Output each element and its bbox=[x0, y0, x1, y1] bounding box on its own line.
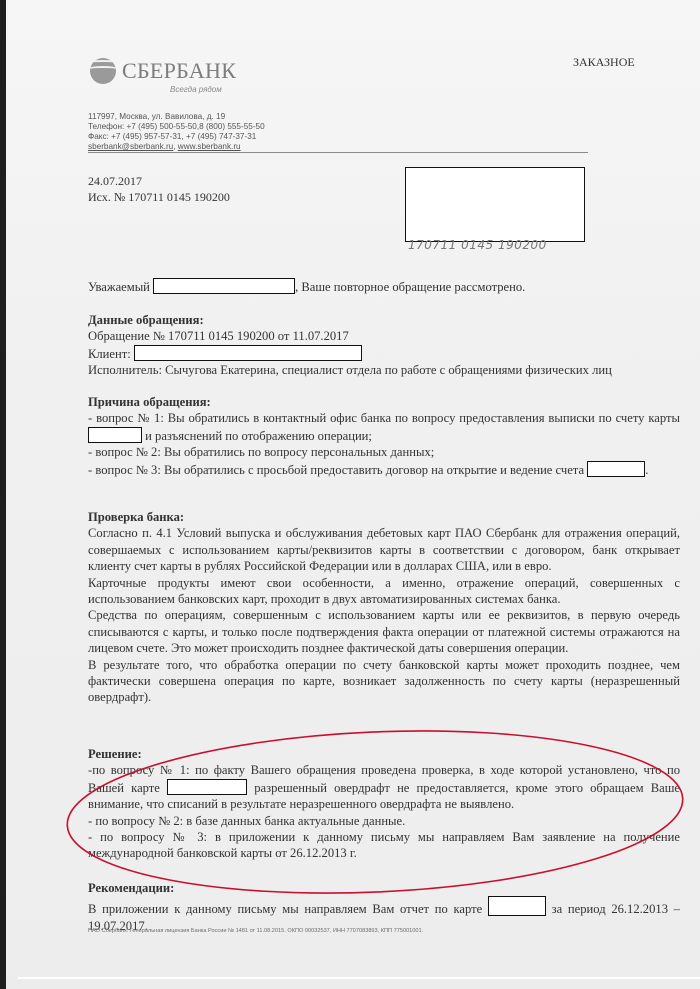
legal-footer: ПАО Сбербанк. Генеральная лицензия Банка… bbox=[88, 928, 423, 934]
web-contacts: sberbank@sberbank.ru, www.sberbank.ru bbox=[88, 142, 265, 152]
section-heading: Решение: bbox=[88, 746, 680, 762]
request-line: Обращение № 170711 0145 190200 от 11.07.… bbox=[88, 328, 680, 344]
document-date: 24.07.2017 bbox=[88, 173, 230, 189]
section-bank-check: Проверка банка: Согласно п. 4.1 Условий … bbox=[88, 509, 680, 706]
sberbank-logo: СБЕРБАНК bbox=[90, 58, 236, 84]
section-request-data: Данные обращения: Обращение № 170711 014… bbox=[88, 312, 680, 379]
section-heading: Проверка банка: bbox=[88, 509, 680, 525]
recipient-address-redacted bbox=[405, 167, 585, 242]
section-recommendations: Рекомендации: В приложении к данному пис… bbox=[88, 880, 680, 934]
executor-line: Исполнитель: Сычугова Екатерина, специал… bbox=[88, 362, 680, 378]
reason-q3: - вопрос № 3: Вы обратились с просьбой п… bbox=[88, 461, 680, 478]
greeting: Уважаемый , Ваше повторное обращение рас… bbox=[88, 278, 680, 295]
sberbank-logo-icon bbox=[90, 58, 116, 84]
fax: Факс: +7 (495) 957-57-31, +7 (495) 747-3… bbox=[88, 132, 265, 142]
section-heading: Данные обращения: bbox=[88, 312, 680, 328]
contacts-block: 117997, Москва, ул. Вавилова, д. 19 Теле… bbox=[88, 112, 265, 152]
redacted-client bbox=[134, 345, 362, 361]
solution-a1: -по вопросу № 1: по факту Вашего обращен… bbox=[88, 762, 680, 812]
document-meta: 24.07.2017 Исх. № 170711 0145 190200 bbox=[88, 173, 230, 205]
section-heading: Рекомендации: bbox=[88, 880, 680, 896]
registered-mail-label: ЗАКАЗНОЕ bbox=[573, 55, 635, 70]
redacted-card bbox=[488, 896, 546, 916]
check-paragraph: Карточные продукты имеют свои особенност… bbox=[88, 575, 680, 608]
solution-a2: - по вопросу № 2: в базе данных банка ак… bbox=[88, 813, 680, 829]
slogan: Всегда рядом bbox=[170, 85, 222, 94]
redacted-name bbox=[153, 278, 295, 294]
redacted-account bbox=[587, 461, 645, 477]
header-rule bbox=[88, 152, 588, 153]
redacted-card bbox=[88, 427, 142, 443]
page-bottom-edge bbox=[18, 977, 700, 979]
section-reason: Причина обращения: - вопрос № 1: Вы обра… bbox=[88, 394, 680, 478]
handwritten-number: 170711 0145 190200 bbox=[408, 238, 547, 252]
bank-name: СБЕРБАНК bbox=[122, 58, 236, 84]
redacted-card bbox=[167, 779, 247, 795]
phone: Телефон: +7 (495) 500-55-50,8 (800) 555-… bbox=[88, 122, 265, 132]
outgoing-number: Исх. № 170711 0145 190200 bbox=[88, 189, 230, 205]
check-paragraph: Средства по операциям, совершенным с исп… bbox=[88, 607, 680, 656]
solution-a3: - по вопросу № 3: в приложении к данному… bbox=[88, 829, 680, 862]
check-paragraph: В результате того, что обработка операци… bbox=[88, 657, 680, 706]
check-paragraph: Согласно п. 4.1 Условий выпуска и обслуж… bbox=[88, 525, 680, 574]
email-link[interactable]: sberbank@sberbank.ru bbox=[88, 142, 173, 151]
reason-q2: - вопрос № 2: Вы обратились по вопросу п… bbox=[88, 444, 680, 460]
reason-q1: - вопрос № 1: Вы обратились в контактный… bbox=[88, 410, 680, 444]
website-link[interactable]: www.sberbank.ru bbox=[178, 142, 241, 151]
section-heading: Причина обращения: bbox=[88, 394, 680, 410]
client-line: Клиент: bbox=[88, 345, 680, 362]
address: 117997, Москва, ул. Вавилова, д. 19 bbox=[88, 112, 265, 122]
section-solution: Решение: -по вопросу № 1: по факту Вашег… bbox=[88, 746, 680, 862]
